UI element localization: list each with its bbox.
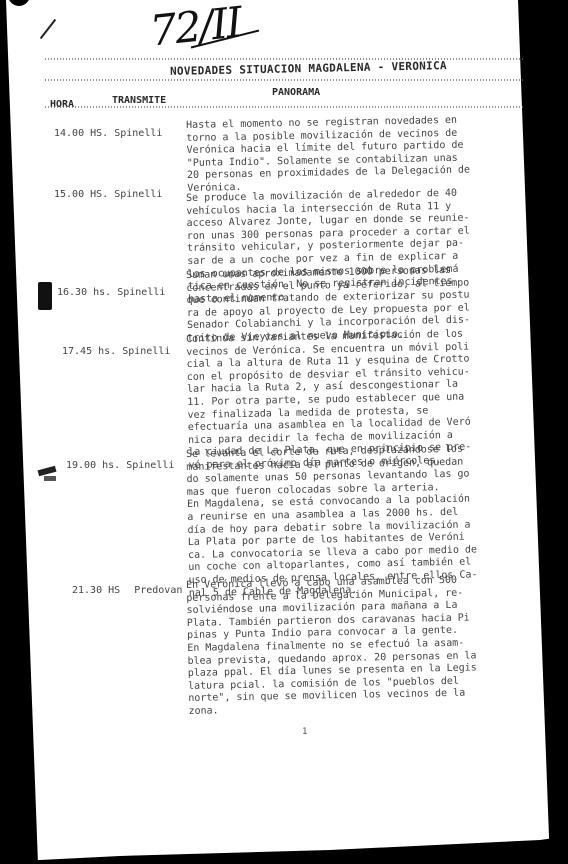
scan-artifact (38, 282, 52, 310)
entry-time: 15.00 HS. (54, 189, 108, 200)
entry-time: 16.30 hs. (57, 287, 111, 298)
entry-sender: Spinelli (117, 287, 165, 298)
scan-artifact (8, 0, 30, 6)
scan-border-left (0, 0, 40, 864)
divider-rule (45, 79, 523, 81)
entry-time-sender: 15.00 HS. Spinelli (54, 189, 162, 200)
column-header-panorama: PANORAMA (272, 87, 320, 98)
scan-artifact (38, 466, 57, 476)
pen-mark (40, 19, 56, 39)
entry-time-sender: 21.30 HS Predovan (72, 585, 182, 596)
entry-sender: Predovan (134, 585, 182, 596)
entry-time-sender: 16.30 hs. Spinelli (57, 287, 165, 298)
scan-border-bottom (0, 834, 568, 864)
column-header-transmite: TRANSMITE (112, 95, 166, 106)
document-title: NOVEDADES SITUACION MAGDALENA - VERONICA (170, 59, 447, 78)
entry-text: En Verónica llevó a cabo una asamblea co… (186, 574, 511, 719)
entry-sender: Spinelli (122, 346, 170, 357)
entry-sender: Spinelli (114, 128, 162, 139)
entry-time-sender: 17.45 hs. Spinelli (62, 346, 170, 357)
divider-rule (45, 58, 523, 60)
divider-rule (45, 106, 523, 108)
entry-sender: Spinelli (126, 460, 174, 471)
scan-artifact (44, 476, 56, 481)
scan-border-right (508, 0, 568, 864)
column-header-hora: HORA (50, 99, 74, 110)
entry-sender: Spinelli (114, 189, 162, 200)
entry-time: 19.00 hs. (66, 460, 120, 471)
entry-time: 17.45 hs. (62, 346, 116, 357)
entry-time: 14.00 HS. (54, 128, 108, 139)
entry-time-sender: 14.00 HS. Spinelli (54, 128, 162, 139)
scanned-document-page: 72/II NOVEDADES SITUACION MAGDALENA - VE… (0, 0, 568, 864)
page-number: 1 (302, 727, 307, 737)
entry-time-sender: 19.00 hs. Spinelli (66, 460, 174, 471)
entry-time: 21.30 HS (72, 585, 120, 596)
entry-text: Hasta el momento no se registran novedad… (186, 114, 509, 196)
